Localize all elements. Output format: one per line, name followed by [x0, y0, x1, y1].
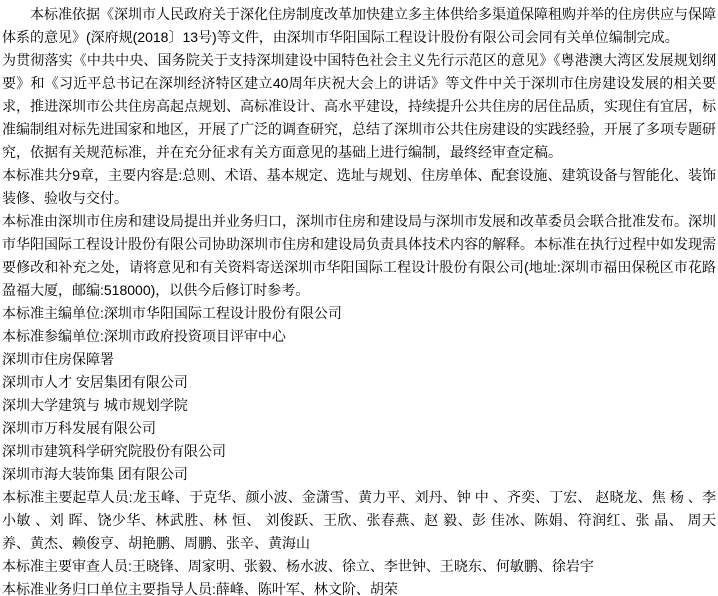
- paragraph-administration: 本标准由深圳市住房和建设局提出并业务归口，深圳市住房和建设局与深圳市发展和改革委…: [2, 210, 716, 302]
- paragraph-supervisors: 本标准业务归口单位主要指导人员:薛峰、陈叶军、林文阶、胡荣: [2, 578, 716, 596]
- line-unit-vanke: 深圳市万科发展有限公司: [2, 417, 716, 440]
- paragraph-reviewers: 本标准主要审查人员:王晓锋、周家明、张毅、杨水波、徐立、李世钟、王晓东、何敏鹏、…: [2, 555, 716, 578]
- document-page: 本标准依据《深圳市人民政府关于深化住房制度改革加快建立多主体供给多渠道保障租购并…: [0, 0, 718, 596]
- paragraph-drafters: 本标准主要起草人员:龙玉峰、于克华、颜小波、金潇雪、黄力平、刘丹、钟 中 、齐奕…: [2, 486, 716, 555]
- line-unit-housing-security: 深圳市住房保障署: [2, 348, 716, 371]
- paragraph-chapters-overview: 本标准共分9章，主要内容是:总则、术语、基本规定、选址与规划、住房单体、配套设施…: [2, 164, 716, 210]
- line-chief-editor-unit: 本标准主编单位:深圳市华阳国际工程设计股份有限公司: [2, 302, 716, 325]
- paragraph-policy-background: 为贯彻落实《中共中央、国务院关于支持深圳建设中国特色社会主义先行示范区的意见》《…: [2, 49, 716, 164]
- line-unit-ibr: 深圳市建筑科学研究院股份有限公司: [2, 440, 716, 463]
- line-participating-unit: 本标准参编单位:深圳市政府投资项目评审中心: [2, 325, 716, 348]
- line-unit-haida: 深圳市海大装饰集 团有限公司: [2, 463, 716, 486]
- line-unit-talent-anju: 深圳市人才 安居集团有限公司: [2, 371, 716, 394]
- line-unit-szu-architecture: 深圳大学建筑与 城市规划学院: [2, 394, 716, 417]
- paragraph-intro: 本标准依据《深圳市人民政府关于深化住房制度改革加快建立多主体供给多渠道保障租购并…: [2, 3, 716, 49]
